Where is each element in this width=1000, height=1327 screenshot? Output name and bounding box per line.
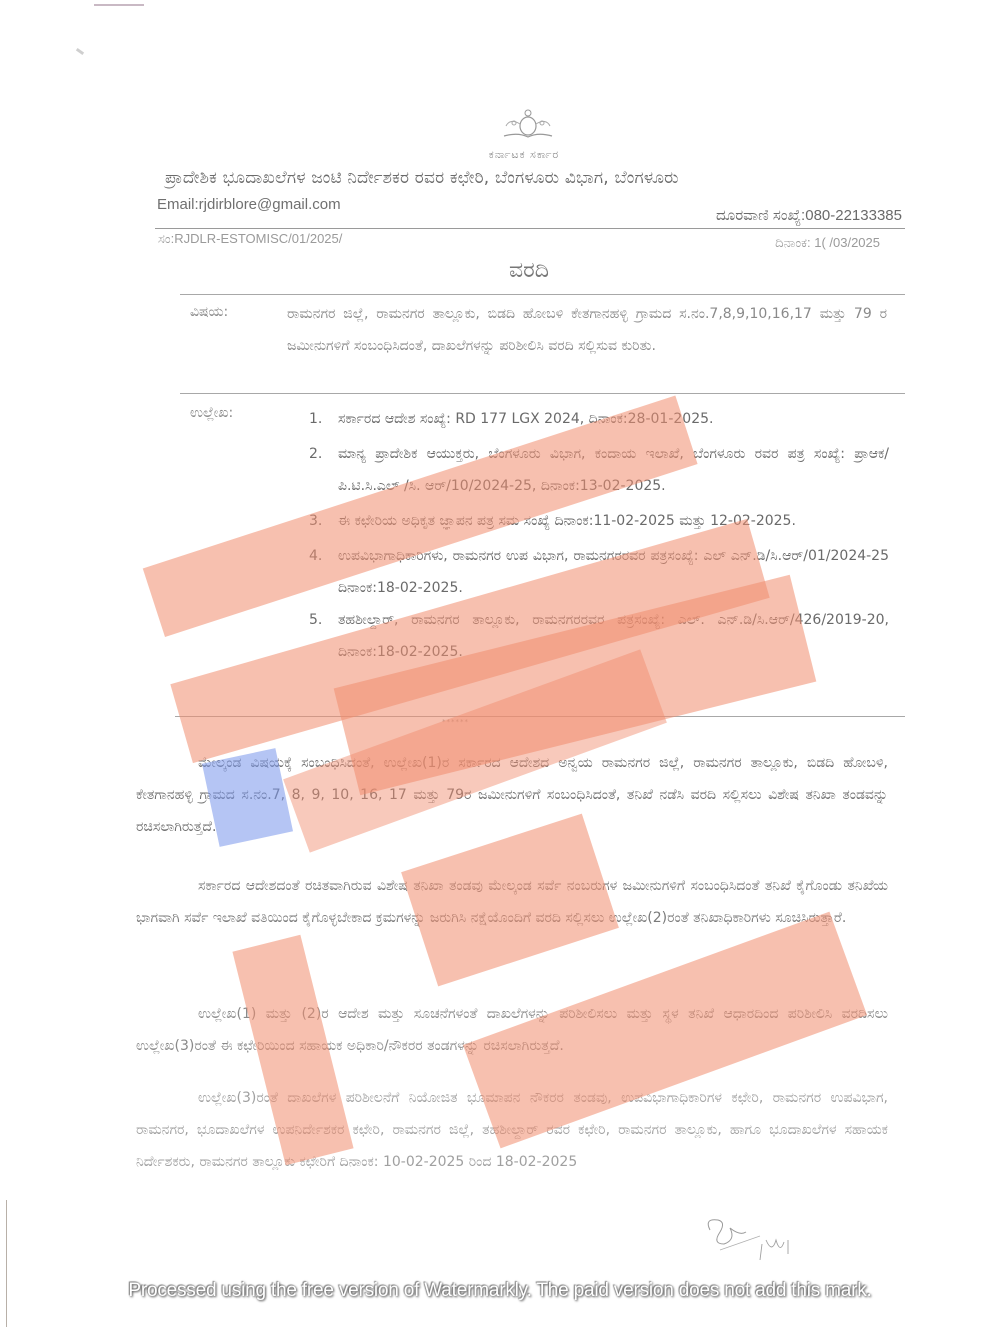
reference-number: 3. <box>309 505 322 537</box>
signature-icon <box>700 1210 810 1270</box>
reference-number: ಸಂ:RJDLR-ESTOMISC/01/2025/ <box>158 231 342 247</box>
reference-number: 5. <box>309 604 322 636</box>
header-divider <box>155 228 905 229</box>
government-name: ಕರ್ನಾಟಕ ಸರ್ಕಾರ <box>0 148 1000 162</box>
page-edge <box>6 1200 7 1327</box>
section-separator: ****** <box>442 718 469 726</box>
karnataka-emblem-icon <box>498 108 558 144</box>
body-paragraph-1: ಮೇಲ್ಕಂಡ ವಿಷಯಕ್ಕೆ ಸಂಬಂಧಿಸಿದಂತೆ, ಉಲ್ಲೇಖ(1)… <box>136 747 888 843</box>
reference-item: 2.ಮಾನ್ಯ ಪ್ರಾದೇಶಿಕ ಆಯುಕ್ತರು, ಬೆಂಗಳೂರು ವಿಭ… <box>313 438 889 502</box>
references-list: 1.ಸರ್ಕಾರದ ಆದೇಶ ಸಂಖ್ಯೆ: RD 177 LGX 2024, … <box>313 403 889 668</box>
body-paragraph-3: ಉಲ್ಲೇಖ(1) ಮತ್ತು (2)ರ ಆದೇಶ ಮತ್ತು ಸೂಚನೆಗಳಂ… <box>136 998 888 1062</box>
reference-number: 4. <box>309 540 322 572</box>
reference-number: 2. <box>309 438 322 470</box>
office-name: ಪ್ರಾದೇಶಿಕ ಭೂದಾಖಲೆಗಳ ಜಂಟಿ ನಿರ್ದೇಶಕರ ರವರ ಕ… <box>165 168 679 188</box>
references-label: ಉಲ್ಲೇಖ: <box>190 405 233 421</box>
reference-text: ಈ ಕಛೇರಿಯ ಅಧಿಕೃತ ಜ್ಞಾಪನ ಪತ್ರ ಸಮ ಸಂಖ್ಯೆ ದಿ… <box>313 505 889 537</box>
subject-label: ವಿಷಯ: <box>190 304 228 320</box>
subject-top-divider <box>180 294 905 295</box>
office-phone: ದೂರವಾಣಿ ಸಂಖ್ಯೆ:080-22133385 <box>716 207 902 224</box>
subject-bottom-divider <box>180 393 905 394</box>
reference-item: 5.ತಹಶೀಲ್ದಾರ್, ರಾಮನಗರ ತಾಲ್ಲೂಕು, ರಾಮನಗರರವರ… <box>313 604 889 668</box>
office-email: Email:rjdirblore@gmail.com <box>157 196 341 213</box>
reference-text: ಮಾನ್ಯ ಪ್ರಾದೇಶಿಕ ಆಯುಕ್ತರು, ಬೆಂಗಳೂರು ವಿಭಾಗ… <box>313 438 889 502</box>
document-title: ವರದಿ <box>0 258 1000 283</box>
reference-item: 4.ಉಪವಿಭಾಗಾಧಿಕಾರಿಗಳು, ರಾಮನಗರ ಉಪ ವಿಭಾಗ, ರಾ… <box>313 540 889 604</box>
reference-text: ತಹಶೀಲ್ದಾರ್, ರಾಮನಗರ ತಾಲ್ಲೂಕು, ರಾಮನಗರರವರ ಪ… <box>313 604 889 668</box>
body-paragraph-2: ಸರ್ಕಾರದ ಆದೇಶದಂತೆ ರಚಿತವಾಗಿರುವ ವಿಶೇಷ ತನಿಖಾ… <box>136 870 888 934</box>
reference-item: 1.ಸರ್ಕಾರದ ಆದೇಶ ಸಂಖ್ಯೆ: RD 177 LGX 2024, … <box>313 403 889 435</box>
reference-item: 3.ಈ ಕಛೇರಿಯ ಅಧಿಕೃತ ಜ್ಞಾಪನ ಪತ್ರ ಸಮ ಸಂಖ್ಯೆ … <box>313 505 889 537</box>
scan-artifact <box>76 48 84 55</box>
reference-number: 1. <box>309 403 322 435</box>
reference-text: ಸರ್ಕಾರದ ಆದೇಶ ಸಂಖ್ಯೆ: RD 177 LGX 2024, ದಿ… <box>313 403 889 435</box>
document-date: ದಿನಾಂಕ: 1( /03/2025 <box>775 235 880 251</box>
references-divider <box>175 716 905 717</box>
scanned-document-page: ಕರ್ನಾಟಕ ಸರ್ಕಾರ ಪ್ರಾದೇಶಿಕ ಭೂದಾಖಲೆಗಳ ಜಂಟಿ … <box>0 0 1000 1327</box>
watermark-text: Processed using the free version of Wate… <box>0 1280 1000 1302</box>
reference-text: ಉಪವಿಭಾಗಾಧಿಕಾರಿಗಳು, ರಾಮನಗರ ಉಪ ವಿಭಾಗ, ರಾಮನ… <box>313 540 889 604</box>
scan-artifact <box>94 4 144 6</box>
subject-text: ರಾಮನಗರ ಜಿಲ್ಲೆ, ರಾಮನಗರ ತಾಲ್ಲೂಕು, ಬಿಡದಿ ಹೋ… <box>287 298 887 362</box>
body-paragraph-4: ಉಲ್ಲೇಖ(3)ರಂತೆ ದಾಖಲೆಗಳ ಪರಿಶೀಲನೆಗೆ ನಿಯೋಜಿತ… <box>136 1082 888 1178</box>
